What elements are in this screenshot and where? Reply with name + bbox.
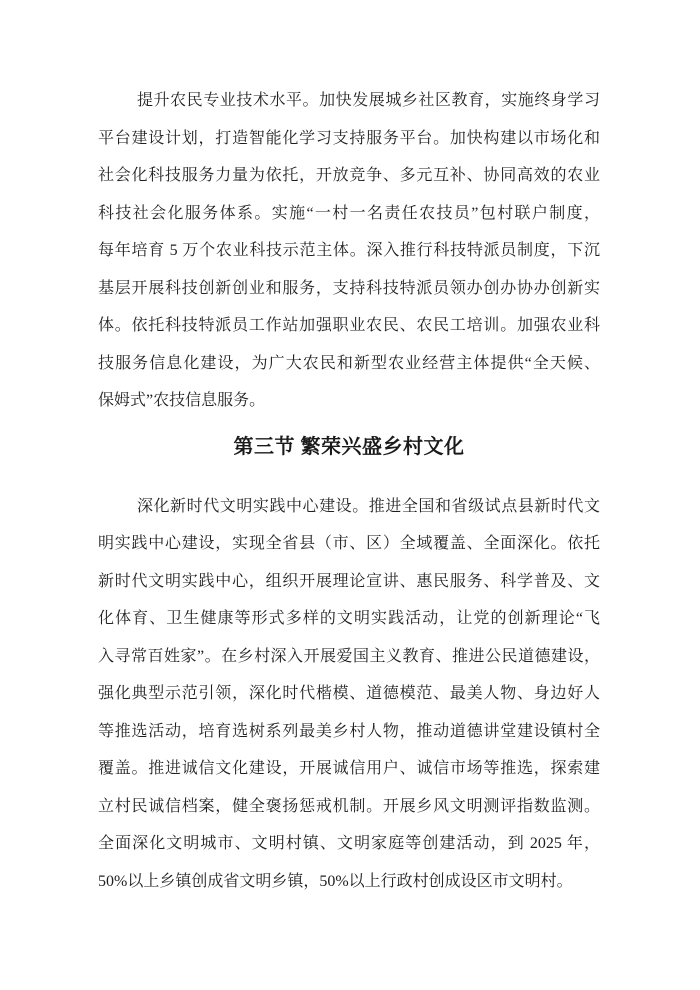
text-line: 新时代文明实践中心，组织开展理论宣讲、惠民服务、科学普及、文 [98,563,600,601]
paragraph-rural-culture: 深化新时代文明实践中心建设。推进全国和省级试点县新时代文明实践中心建设，实现全省… [98,488,600,901]
text-line: 平台建设计划，打造智能化学习支持服务平台。加快构建以市场化和 [98,120,600,158]
text-line: 体。依托科技特派员工作站加强职业农民、农民工培训。加强农业科 [98,307,600,345]
text-line: 基层开展科技创新创业和服务，支持科技特派员领办创办协办创新实 [98,270,600,308]
text-line: 化体育、卫生健康等形式多样的文明实践活动，让党的创新理论“飞 [98,600,600,638]
text-line: 明实践中心建设，实现全省县（市、区）全域覆盖、全面深化。依托 [98,525,600,563]
text-line: 提升农民专业技术水平。加快发展城乡社区教育，实施终身学习 [98,82,600,120]
text-line: 技服务信息化建设，为广大农民和新型农业经营主体提供“全天候、 [98,345,600,383]
text-line: 深化新时代文明实践中心建设。推进全国和省级试点县新时代文 [98,488,600,526]
text-line: 强化典型示范引领，深化时代楷模、道德模范、最美人物、身边好人 [98,675,600,713]
page-content: 提升农民专业技术水平。加快发展城乡社区教育，实施终身学习平台建设计划，打造智能化… [0,0,700,990]
section-heading: 第三节 繁荣兴盛乡村文化 [98,430,600,464]
text-line: 立村民诚信档案，健全褒扬惩戒机制。开展乡风文明测评指数监测。 [98,788,600,826]
text-line: 科技社会化服务体系。实施“一村一名责任农技员”包村联户制度， [98,195,600,233]
text-line: 入寻常百姓家”。在乡村深入开展爱国主义教育、推进公民道德建设， [98,638,600,676]
text-line: 全面深化文明城市、文明村镇、文明家庭等创建活动，到 2025 年， [98,825,600,863]
text-line: 覆盖。推进诚信文化建设，开展诚信用户、诚信市场等推选，探索建 [98,750,600,788]
text-line: 50%以上乡镇创成省文明乡镇，50%以上行政村创成设区市文明村。 [98,863,600,901]
text-line: 每年培育 5 万个农业科技示范主体。深入推行科技特派员制度，下沉 [98,232,600,270]
paragraph-agricultural-science-services: 提升农民专业技术水平。加快发展城乡社区教育，实施终身学习平台建设计划，打造智能化… [98,82,600,420]
text-line: 等推选活动，培育选树系列最美乡村人物，推动道德讲堂建设镇村全 [98,713,600,751]
text-line: 社会化科技服务力量为依托，开放竞争、多元互补、协同高效的农业 [98,157,600,195]
document-page: 提升农民专业技术水平。加快发展城乡社区教育，实施终身学习平台建设计划，打造智能化… [0,0,700,990]
text-line: 保姆式”农技信息服务。 [98,382,600,420]
